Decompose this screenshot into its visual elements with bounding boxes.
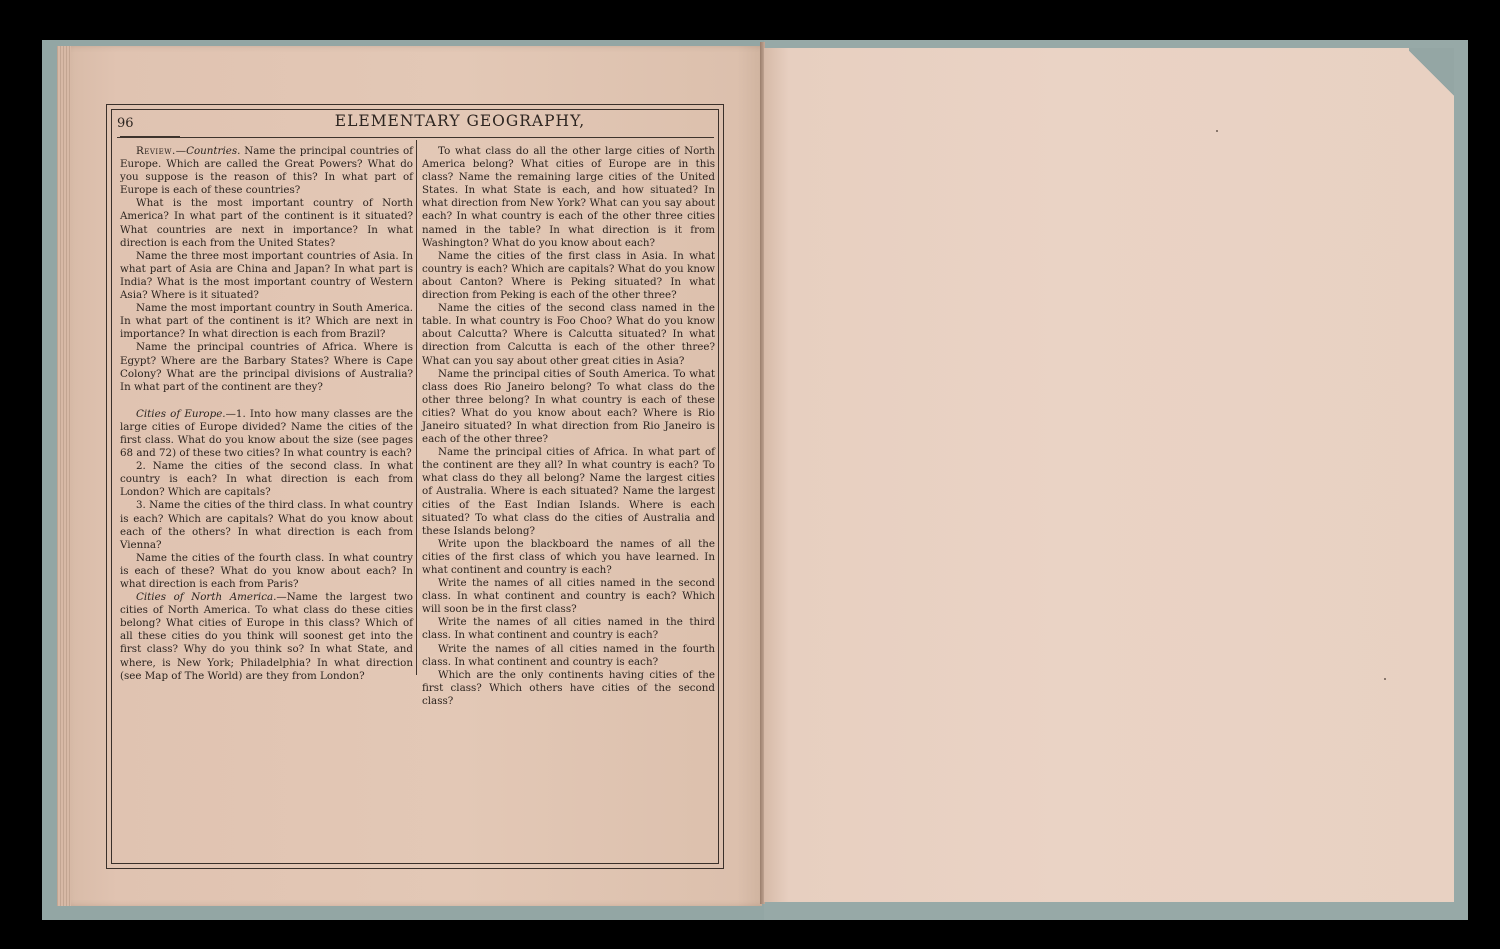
page-number: 96: [117, 116, 134, 131]
paragraph: What is the most important country of No…: [120, 197, 413, 249]
paper-fleck: [1384, 678, 1386, 680]
paper-fleck: [1216, 130, 1218, 132]
paragraph: Name the principal cities of South Ameri…: [422, 368, 715, 447]
section-heading: Countries.: [186, 145, 240, 157]
paragraph: Name the cities of the first class in As…: [422, 250, 715, 302]
right-page-blank: [764, 48, 1454, 902]
right-text-column: To what class do all the other large cit…: [422, 145, 715, 708]
paragraph: Which are the only continents having cit…: [422, 669, 715, 708]
paragraph: Name the three most important countries …: [120, 250, 413, 302]
paragraph: To what class do all the other large cit…: [422, 145, 715, 250]
paragraph: Write the names of all cities named in t…: [422, 616, 715, 642]
folded-corner: [1409, 48, 1454, 98]
section-label: Review.: [136, 145, 176, 157]
paragraph: Name the principal countries of Africa. …: [120, 341, 413, 393]
column-divider: [416, 140, 417, 675]
paragraph: Name the most important country in South…: [120, 302, 413, 341]
left-text-column: Review.—Countries. Name the principal co…: [120, 145, 413, 683]
paragraph: Write the names of all cities named in t…: [422, 577, 715, 616]
paragraph: Write upon the blackboard the names of a…: [422, 538, 715, 577]
paragraph: Review.—Countries. Name the principal co…: [120, 145, 413, 197]
running-head: ELEMENTARY GEOGRAPHY,: [240, 112, 680, 130]
paragraph: Cities of Europe.—1. Into how many class…: [120, 408, 413, 460]
paragraph: Cities of North America.—Name the larges…: [120, 591, 413, 683]
header-rule: [117, 137, 714, 138]
paragraph: Name the principal cities of Africa. In …: [422, 446, 715, 538]
paragraph: Write the names of all cities named in t…: [422, 643, 715, 669]
paragraph: Name the cities of the second class name…: [422, 302, 715, 367]
page-stack-edge: [57, 46, 71, 906]
paragraph: 3. Name the cities of the third class. I…: [120, 499, 413, 551]
section-heading: Cities of Europe.: [136, 408, 226, 420]
paragraph: 2. Name the cities of the second class. …: [120, 460, 413, 499]
header-rule-accent: [120, 136, 180, 138]
paragraph: Name the cities of the fourth class. In …: [120, 552, 413, 591]
section-heading: Cities of North America.: [136, 591, 276, 603]
